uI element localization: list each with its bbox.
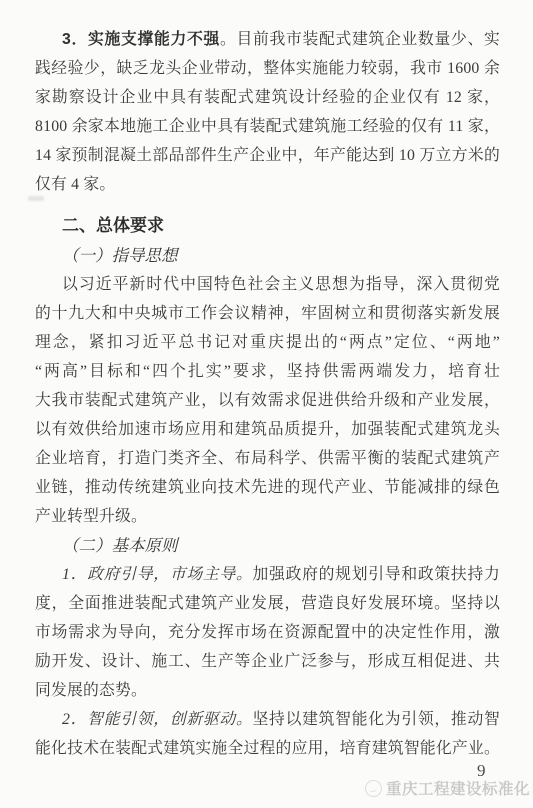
text-line: 能化技术在装配式建筑实施全过程的应用，培育建筑智能化产业。 [35,734,500,763]
text-run: 以有效供给加速市场应用和建筑品质提升，加强装配式建筑龙头 [35,421,500,438]
text-line: 3．实施支撑能力不强。目前我市装配式建筑企业数量少、实 [35,25,500,54]
text-line: 产业转型升级。 [35,502,500,531]
text-run: 励开发、设计、施工、生产等企业广泛参与，形成互相促进、共 [35,653,500,670]
text-run: 仅有 4 家。 [35,176,115,193]
text-run: 同发展的态势。 [35,682,147,699]
text-line: 14 家预制混凝土部品部件生产企业中，年产能达到 10 万立方米的 [35,141,500,170]
text-run: 14 家预制混凝土部品部件生产企业中，年产能达到 10 万立方米的 [35,147,500,164]
text-line: “两高”目标和“四个扎实”要求，坚持供需两端发力，培育壮 [35,357,500,386]
text-run: “两高”目标和“四个扎实”要求，坚持供需两端发力，培育壮 [35,363,500,380]
para-3-implementation-support: 3．实施支撑能力不强。目前我市装配式建筑企业数量少、实践经验少，缺乏龙头企业带动… [35,25,500,199]
text-line: 度，全面推进装配式建筑产业发展，营造良好发展环境。坚持以 [35,589,500,618]
text-line: 以有效供给加速市场应用和建筑品质提升，加强装配式建筑龙头 [35,415,500,444]
text-run: 能化技术在装配式建筑实施全过程的应用，培育建筑智能化产业。 [35,740,500,757]
text-line: 1．政府引导，市场主导。加强政府的规划引导和政策扶持力 [35,560,500,589]
text-run: 8100 余家本地施工企业中具有装配式建筑施工经验的仅有 11 家， [35,118,500,135]
para-principle-1: 1．政府引导，市场主导。加强政府的规划引导和政策扶持力度，全面推进装配式建筑产业… [35,560,500,705]
kai-run: 2．智能引领，创新驱动。 [62,711,253,728]
text-line: 践经验少，缺乏龙头企业带动，整体实施能力较弱，我市 1600 余 [35,54,500,83]
text-line: 家勘察设计企业中具有装配式建筑设计经验的企业仅有 12 家， [35,83,500,112]
text-run: 理念，紧扣习近平总书记对重庆提出的“两点”定位、“两地” [35,334,500,351]
text-run: 业链，推动传统建筑业向技术先进的现代产业、节能减排的绿色 [35,479,500,496]
text-line: 同发展的态势。 [35,676,500,705]
subheading-basic-principles: （二）基本原则 [35,531,500,560]
para-principle-2: 2．智能引领，创新驱动。坚持以建筑智能化为引领，推动智能化技术在装配式建筑实施全… [35,705,500,763]
text-line: 大我市装配式建筑产业，以有效需求促进供给升级和产业发展， [35,386,500,415]
document-page: 3．实施支撑能力不强。目前我市装配式建筑企业数量少、实践经验少，缺乏龙头企业带动… [0,0,533,808]
text-line: 以习近平新时代中国特色社会主义思想为指导，深入贯彻党 [35,270,500,299]
text-line: 2．智能引领，创新驱动。坚持以建筑智能化为引领，推动智 [35,705,500,734]
subheading-guiding-ideology: （一）指导思想 [35,241,500,270]
text-line: 励开发、设计、施工、生产等企业广泛参与，形成互相促进、共 [35,647,500,676]
text-run: 市场需求为导向，充分发挥市场在资源配置中的决定性作用，激 [35,624,500,641]
text-line: 企业培育，打造门类齐全、布局科学、供需平衡的装配式建筑产 [35,444,500,473]
para-guiding-ideology-body: 以习近平新时代中国特色社会主义思想为指导，深入贯彻党的十九大和中央城市工作会议精… [35,270,500,531]
heading-overall-requirements: 二、总体要求 [35,210,500,241]
emblem-icon [365,780,382,797]
text-line: 市场需求为导向，充分发挥市场在资源配置中的决定性作用，激 [35,618,500,647]
text-run: 度，全面推进装配式建筑产业发展，营造良好发展环境。坚持以 [35,595,500,612]
text-line: 业链，推动传统建筑业向技术先进的现代产业、节能减排的绿色 [35,473,500,502]
text-run: 的十九大和中央城市工作会议精神，牢固树立和贯彻落实新发展 [35,305,500,322]
watermark: 重庆工程建设标准化 [365,777,530,799]
text-line: 仅有 4 家。 [35,170,500,199]
text-run: 产业转型升级。 [35,508,147,525]
text-run: 以习近平新时代中国特色社会主义思想为指导，深入贯彻党 [62,276,500,293]
text-line: 8100 余家本地施工企业中具有装配式建筑施工经验的仅有 11 家， [35,112,500,141]
text-run: 家勘察设计企业中具有装配式建筑设计经验的企业仅有 12 家， [35,89,500,106]
text-line: 理念，紧扣习近平总书记对重庆提出的“两点”定位、“两地” [35,328,500,357]
text-run: 大我市装配式建筑产业，以有效需求促进供给升级和产业发展， [35,392,500,409]
page-number: 9 [477,761,486,781]
text-run: 加强政府的规划引导和政策扶持力 [253,566,500,583]
text-run: 践经验少，缺乏龙头企业带动，整体实施能力较弱，我市 1600 余 [35,60,500,77]
text-run: 。目前我市装配式建筑企业数量少、实 [220,31,500,48]
text-run: 企业培育，打造门类齐全、布局科学、供需平衡的装配式建筑产 [35,450,500,467]
watermark-text: 重庆工程建设标准化 [386,777,530,799]
kai-run: 1．政府引导，市场主导。 [62,566,253,583]
text-run: 坚持以建筑智能化为引领，推动智 [253,711,500,728]
document-body: 3．实施支撑能力不强。目前我市装配式建筑企业数量少、实践经验少，缺乏龙头企业带动… [35,25,500,763]
bold-run: 3．实施支撑能力不强 [62,31,220,48]
text-line: 的十九大和中央城市工作会议精神，牢固树立和贯彻落实新发展 [35,299,500,328]
